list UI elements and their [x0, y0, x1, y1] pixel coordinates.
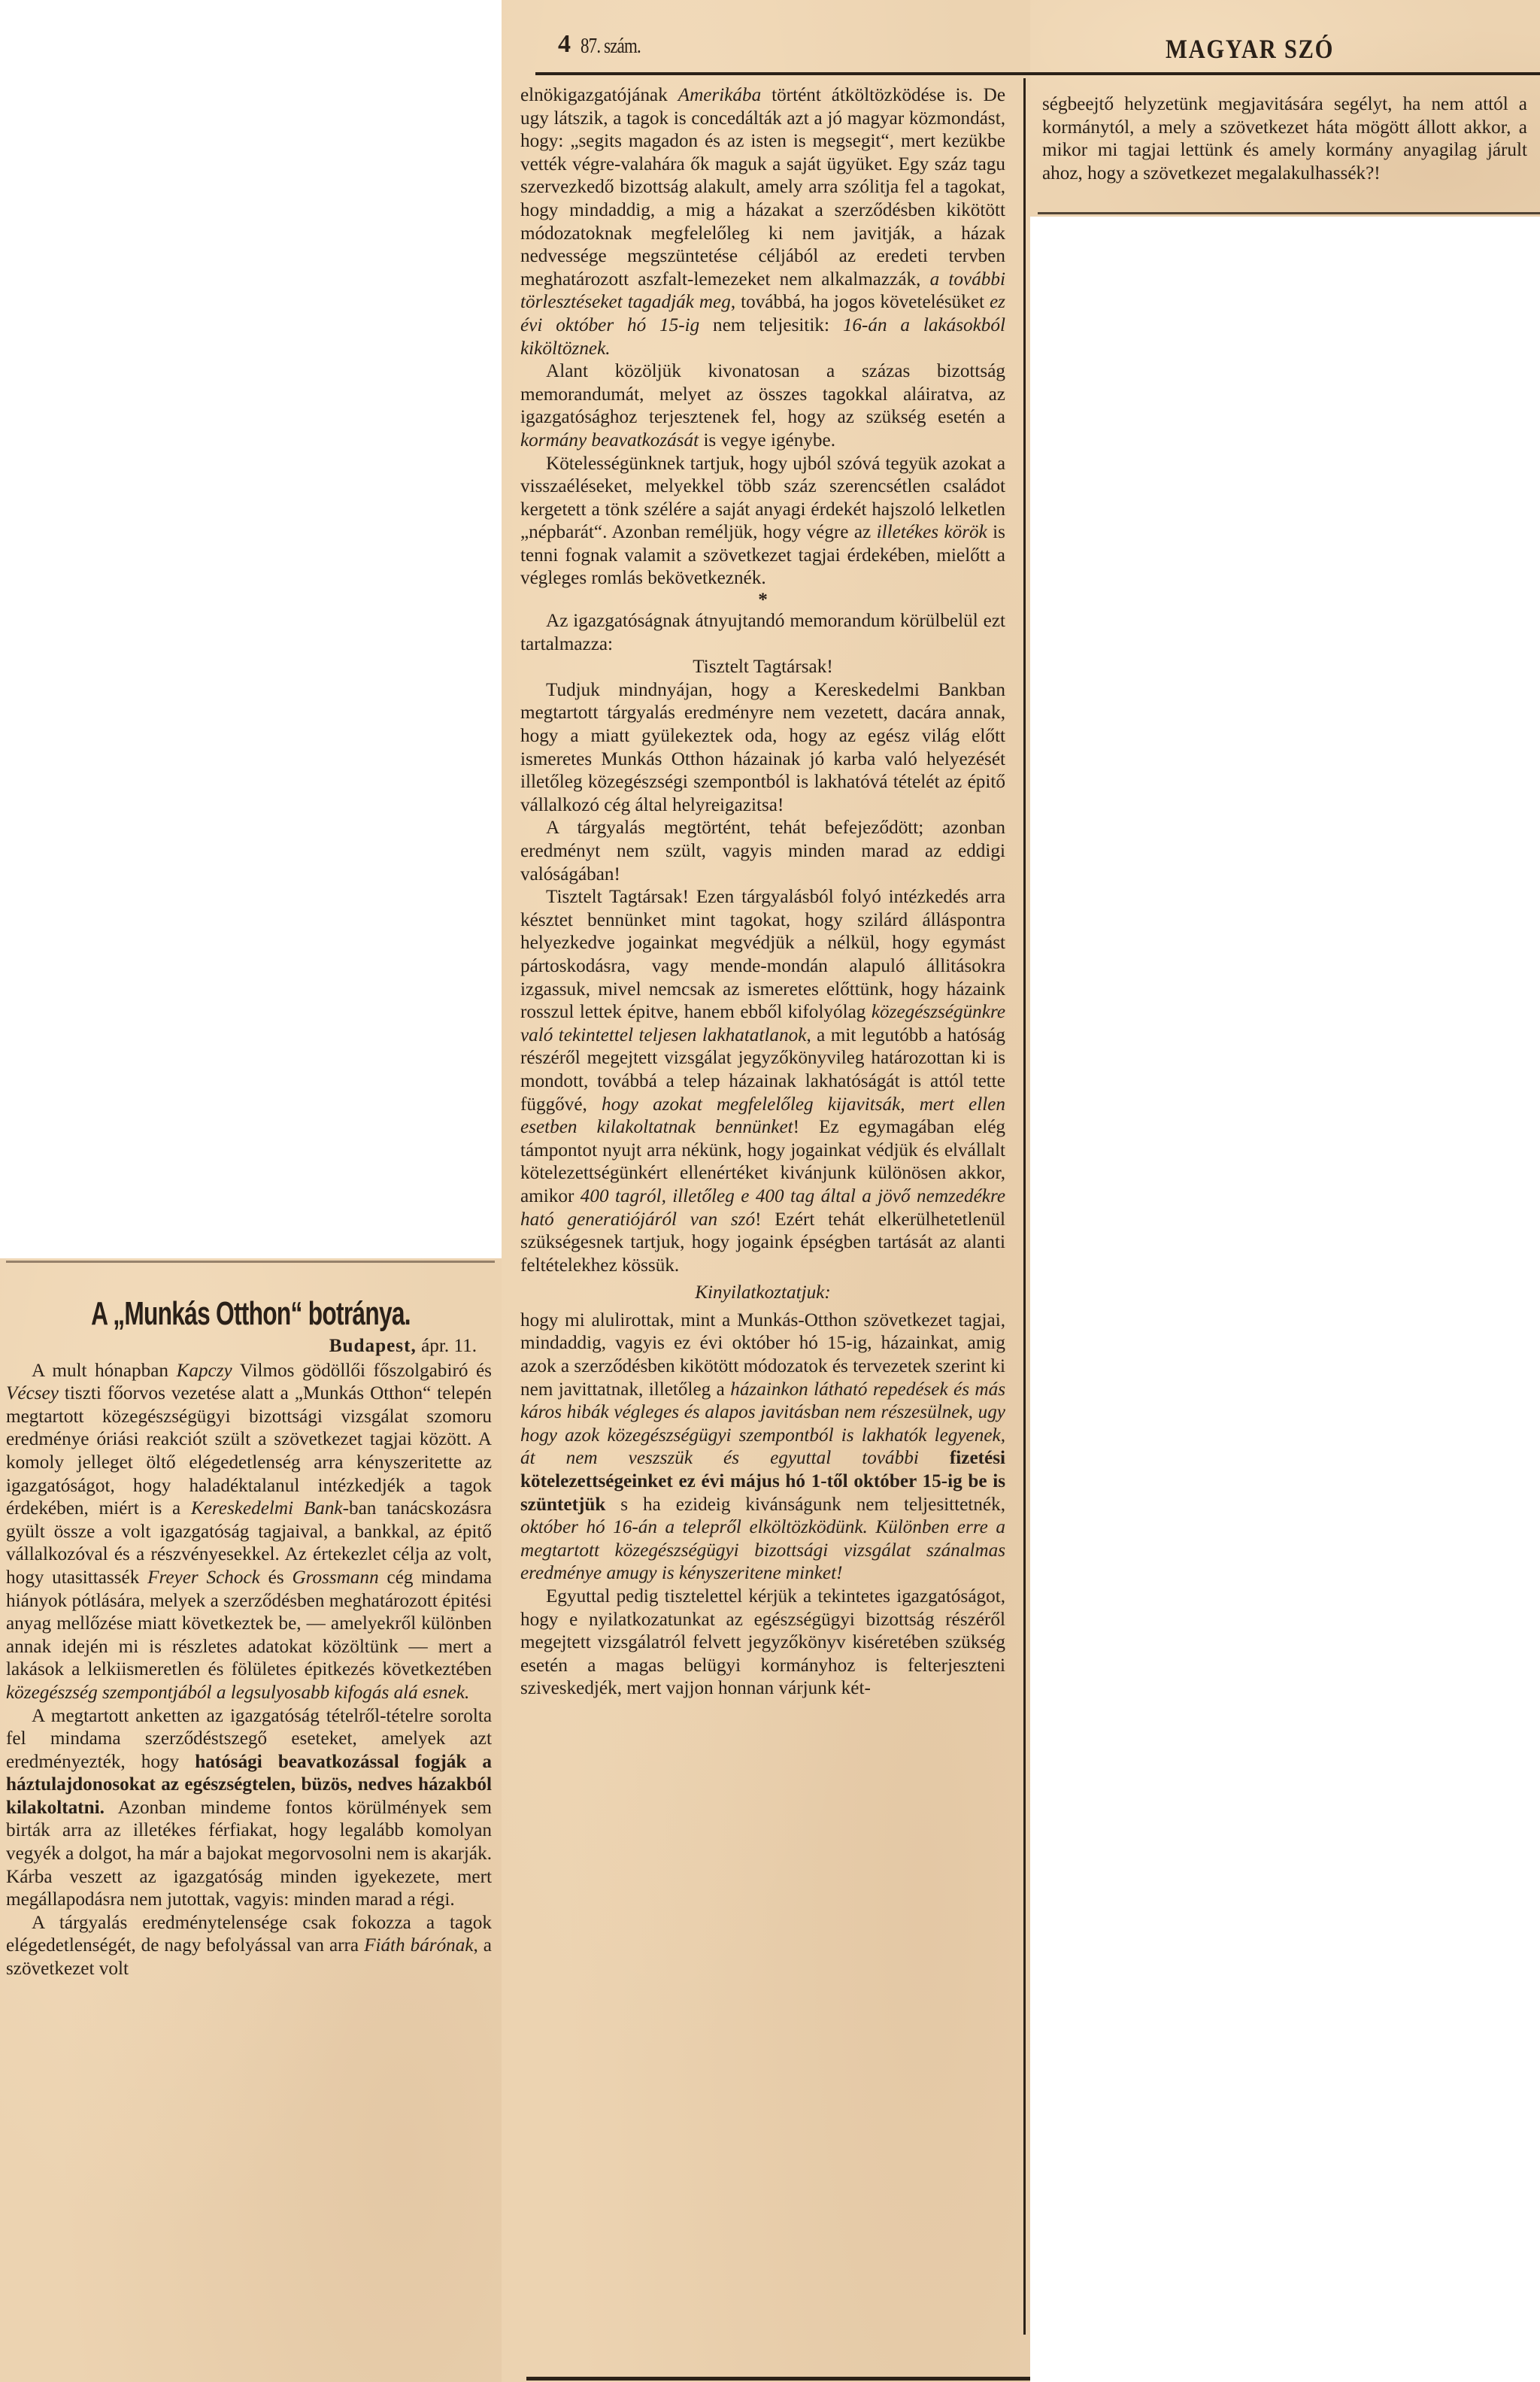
left-article: Budapest, ápr. 11. A mult hónapban Kapcz…	[6, 1335, 492, 1981]
italic-emphasis: Kapczy	[177, 1361, 232, 1381]
header-rule	[535, 72, 1540, 75]
italic-emphasis: illetékes körök	[877, 522, 987, 542]
dateline-place: Budapest,	[329, 1336, 417, 1356]
declaration-heading: Kinyilatkoztatjuk:	[520, 1282, 1005, 1305]
italic-emphasis: kormány beavatkozását	[520, 430, 699, 451]
paragraph: elnökigazgatójának Amerikába történt átk…	[520, 84, 1005, 360]
paragraph: ségbeejtő helyzetünk megjavitására segél…	[1042, 93, 1527, 185]
italic-emphasis: közegészségünkre való tekintettel teljes…	[520, 1002, 1005, 1045]
paragraph: A tárgyalás megtörtént, tehát befejeződö…	[520, 817, 1005, 886]
section-rule	[6, 1261, 495, 1263]
italic-emphasis: Freyer Schock	[147, 1567, 260, 1588]
salutation: Tisztelt Tagtársak!	[520, 656, 1005, 679]
declaration-heading-text: Kinyilatkoztatjuk:	[695, 1282, 830, 1303]
section-rule	[1038, 212, 1540, 214]
section-separator: *	[520, 590, 1005, 610]
paragraph: A mult hónapban Kapczy Vilmos gödöllői f…	[6, 1360, 492, 1705]
section-rule	[526, 2377, 1030, 2380]
dateline: Budapest, ápr. 11.	[6, 1335, 492, 1358]
italic-emphasis: Kereskedelmi Bank	[191, 1498, 343, 1519]
italic-emphasis: a további törlesztéseket tagadják meg	[520, 269, 1005, 313]
italic-emphasis: október hó 16-án a telepről elköltözködü…	[520, 1517, 1005, 1583]
paragraph: Alant közöljük kivonatosan a százas bizo…	[520, 360, 1005, 452]
italic-emphasis: 400 tagról, illetőleg e 400 tag által a …	[520, 1186, 1005, 1230]
italic-emphasis: Fiáth bárónak	[364, 1935, 473, 1956]
paragraph: Kötelességünknek tartjuk, hogy ujból szó…	[520, 453, 1005, 591]
italic-emphasis: Amerikába	[678, 85, 762, 105]
dateline-date: ápr. 11.	[417, 1336, 477, 1356]
italic-emphasis: Vécsey	[6, 1383, 59, 1403]
paragraph: Egyuttal pedig tisztelettel kérjük a tek…	[520, 1585, 1005, 1701]
paragraph: hogy mi alulirottak, mint a Munkás-Ottho…	[520, 1309, 1005, 1585]
issue-number: 87. szám.	[581, 35, 641, 59]
right-column: ségbeejtő helyzetünk megjavitására segél…	[1042, 93, 1527, 185]
italic-emphasis: közegészség szempontjából a legsulyosabb…	[6, 1683, 469, 1703]
paragraph: A tárgyalás eredménytelensége csak fokoz…	[6, 1912, 492, 1981]
page-header: 4 87. szám. MAGYAR SZÓ	[519, 29, 1526, 59]
paragraph: Az igazgatóságnak átnyujtandó memorandum…	[520, 610, 1005, 656]
article-title: A „Munkás Otthon“ botránya.	[70, 1295, 431, 1333]
italic-emphasis: házainkon látható repedések és más káros…	[520, 1379, 1005, 1469]
paragraph: Tisztelt Tagtársak! Ezen tárgyalásból fo…	[520, 886, 1005, 1277]
masthead-title: MAGYAR SZÓ	[1166, 33, 1334, 65]
column-divider	[1023, 78, 1026, 2335]
paragraph: Tudjuk mindnyájan, hogy a Kereskedelmi B…	[520, 679, 1005, 818]
middle-column: elnökigazgatójának Amerikába történt átk…	[520, 84, 1005, 1701]
page-number: 4	[558, 30, 571, 59]
paragraph: A megtartott anketten az igazgatóság tét…	[6, 1705, 492, 1912]
italic-emphasis: Grossmann	[292, 1567, 378, 1588]
italic-emphasis: hogy azokat megfelelőleg kijavitsák, mer…	[520, 1094, 1005, 1138]
bold-emphasis: hatósági beavatkozással fogják a háztula…	[6, 1752, 492, 1818]
